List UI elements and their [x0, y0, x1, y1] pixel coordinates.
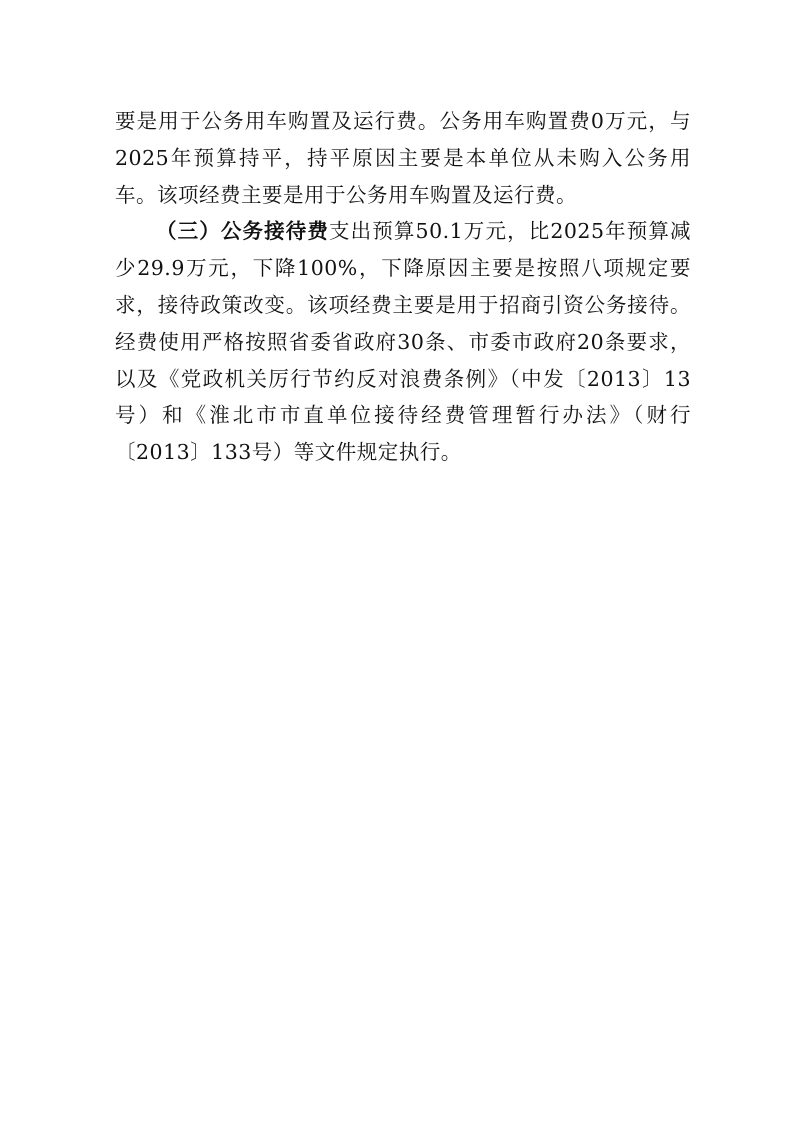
paragraph-reception-expense: （三）公务接待费支出预算50.1万元，比2025年预算减少29.9万元，下降10… [115, 213, 691, 471]
section-heading: （三）公务接待费 [156, 219, 329, 243]
paragraph-vehicle-expense: 要是用于公务用车购置及运行费。公务用车购置费0万元，与2025年预算持平，持平原… [115, 103, 691, 213]
paragraph-text: 要是用于公务用车购置及运行费。公务用车购置费0万元，与2025年预算持平，持平原… [115, 109, 691, 207]
document-page: 要是用于公务用车购置及运行费。公务用车购置费0万元，与2025年预算持平，持平原… [115, 103, 691, 471]
paragraph-text: 支出预算50.1万元，比2025年预算减少29.9万元，下降100%，下降原因主… [115, 219, 691, 464]
